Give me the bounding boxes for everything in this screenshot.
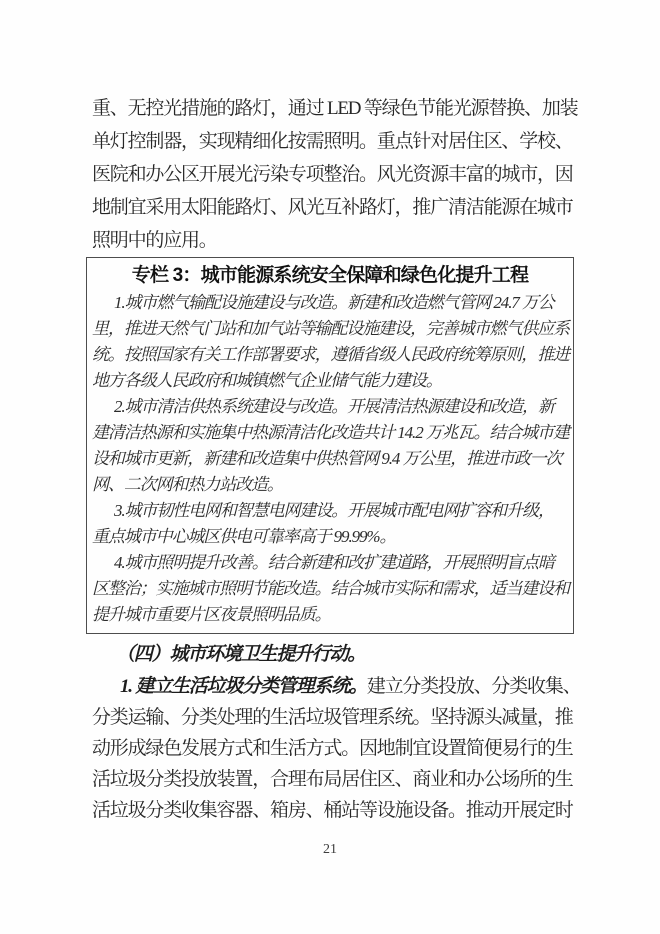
text-line: 1.城市燃气输配设施建设与改造。新建和改造燃气管网 24.7 万公 [92, 290, 568, 316]
text-segment: 动形成绿色发展方式和生活方式。因地制宜设置简便易行的生 [92, 738, 573, 759]
text-line: 单灯控制器，实现精细化按需照明。重点针对居住区、学校、 [92, 125, 568, 158]
text-line: 4.城市照明提升改善。结合新建和改扩建道路，开展照明盲点暗 [92, 550, 568, 576]
text-segment: 照明中的应用。 [92, 230, 217, 251]
document-page: 重、无控光措施的路灯，通过 LED 等绿色节能光源替换、加装单灯控制器，实现精细… [0, 0, 660, 934]
intro-paragraph: 重、无控光措施的路灯，通过 LED 等绿色节能光源替换、加装单灯控制器，实现精细… [92, 92, 568, 257]
section-heading: （四）城市环境卫生提升行动。 [92, 638, 568, 671]
panel-paragraph: 3.城市韧性电网和智慧电网建设。开展城市配电网扩容和升级，重点城市中心城区供电可… [92, 498, 568, 550]
text-line: 活垃圾分类收集容器、箱房、桶站等设施设备。推动开展定时 [92, 795, 568, 826]
text-line: 重、无控光措施的路灯，通过 LED 等绿色节能光源替换、加装 [92, 92, 568, 125]
text-line: 重点城市中心城区供电可靠率高于 99.99%。 [92, 524, 568, 550]
text-segment: 单灯控制器，实现精细化按需照明。重点针对居住区、学校、 [92, 131, 573, 152]
page-number: 21 [0, 840, 660, 860]
bold-run-in-heading: 1. 建立生活垃圾分类管理系统。 [120, 676, 367, 697]
text-line: 建清洁热源和实施集中热源清洁化改造共计 14.2 万兆瓦。结合城市建 [92, 420, 568, 446]
text-line: 里，推进天然气门站和加气站等输配设施建设，完善城市燃气供应系 [92, 316, 568, 342]
text-line: 活垃圾分类投放装置，合理布局居住区、商业和办公场所的生 [92, 764, 568, 795]
text-line: 地方各级人民政府和城镇燃气企业储气能力建设。 [92, 368, 568, 394]
text-line: 设和城市更新，新建和改造集中供热管网 9.4 万公里，推进市政一次 [92, 446, 568, 472]
text-line: 2.城市清洁供热系统建设与改造。开展清洁热源建设和改造，新 [92, 394, 568, 420]
waste-management-paragraph: 1. 建立生活垃圾分类管理系统。建立分类投放、分类收集、分类运输、分类处理的生活… [92, 671, 568, 826]
text-segment: 分类运输、分类处理的生活垃圾管理系统。坚持源头减量，推 [92, 707, 573, 728]
text-line: 照明中的应用。 [92, 224, 568, 257]
panel-box: 专栏 3：城市能源系统安全保障和绿色化提升工程 1.城市燃气输配设施建设与改造。… [86, 257, 574, 634]
text-line: 动形成绿色发展方式和生活方式。因地制宜设置简便易行的生 [92, 733, 568, 764]
text-segment: 活垃圾分类投放装置，合理布局居住区、商业和办公场所的生 [92, 769, 573, 790]
text-line: 统。按照国家有关工作部署要求，遵循省级人民政府统筹原则，推进 [92, 342, 568, 368]
panel-paragraph: 4.城市照明提升改善。结合新建和改扩建道路，开展照明盲点暗区整治；实施城市照明节… [92, 550, 568, 628]
text-segment: 地制宜采用太阳能路灯、风光互补路灯，推广清洁能源在城市 [92, 197, 573, 218]
text-segment: 医院和办公区开展光污染专项整治。风光资源丰富的城市，因 [92, 164, 573, 185]
text-line: 分类运输、分类处理的生活垃圾管理系统。坚持源头减量，推 [92, 702, 568, 733]
text-line: 1. 建立生活垃圾分类管理系统。建立分类投放、分类收集、 [92, 671, 568, 702]
text-line: 区整治；实施城市照明节能改造。结合城市实际和需求，适当建设和 [92, 576, 568, 602]
text-segment: 建立分类投放、分类收集、 [367, 676, 581, 697]
text-line: 3.城市韧性电网和智慧电网建设。开展城市配电网扩容和升级， [92, 498, 568, 524]
text-line: 提升城市重要片区夜景照明品质。 [92, 602, 568, 628]
panel-paragraph: 2.城市清洁供热系统建设与改造。开展清洁热源建设和改造，新建清洁热源和实施集中热… [92, 394, 568, 498]
text-segment: 活垃圾分类收集容器、箱房、桶站等设施设备。推动开展定时 [92, 800, 573, 821]
panel-body: 1.城市燃气输配设施建设与改造。新建和改造燃气管网 24.7 万公里，推进天然气… [92, 290, 568, 628]
text-segment: 重、无控光措施的路灯，通过 LED 等绿色节能光源替换、加装 [92, 98, 577, 119]
panel-title: 专栏 3：城市能源系统安全保障和绿色化提升工程 [92, 262, 568, 290]
text-line: 地制宜采用太阳能路灯、风光互补路灯，推广清洁能源在城市 [92, 191, 568, 224]
panel-paragraph: 1.城市燃气输配设施建设与改造。新建和改造燃气管网 24.7 万公里，推进天然气… [92, 290, 568, 394]
text-line: 网、二次网和热力站改造。 [92, 472, 568, 498]
text-line: 医院和办公区开展光污染专项整治。风光资源丰富的城市，因 [92, 158, 568, 191]
